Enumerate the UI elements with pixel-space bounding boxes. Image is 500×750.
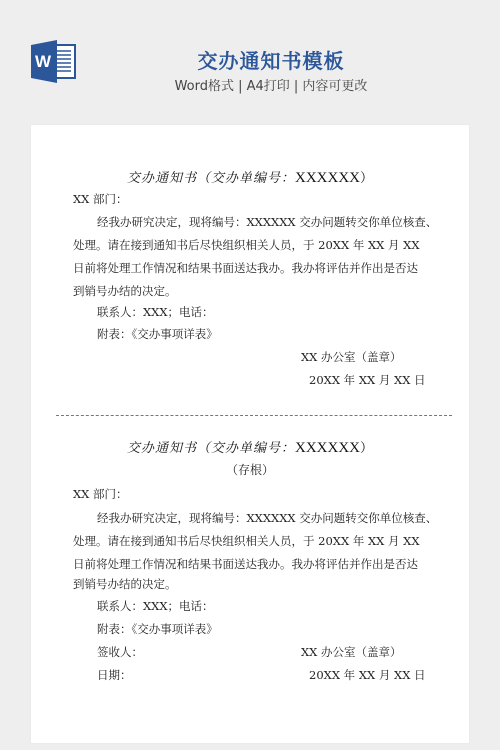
- template-title: 交办通知书模板: [0, 45, 500, 74]
- attachment-line: 附表：《交办事项详表》: [97, 621, 218, 637]
- notice-title-text: 交办通知书（交办单编号：: [127, 441, 295, 456]
- paragraph-line: 处理。请在接到通知书后尽快组织相关人员，于 20XX 年 XX 月 XX: [73, 533, 420, 549]
- notice-title: 交办通知书（交办单编号：XXXXXX）: [31, 169, 469, 188]
- document-page: 交办通知书（交办单编号：XXXXXX） XX 部门： 经我办研究决定，现将编号：…: [31, 125, 469, 743]
- recipient-department: XX 部门：: [73, 486, 128, 502]
- notice-code: XXXXXX: [295, 170, 360, 186]
- template-subtitle: Word格式 | A4打印 | 内容可更改: [0, 75, 500, 94]
- paragraph-line: 日前将处理工作情况和结果书面送达我办。我办将评估并作出是否达: [73, 556, 418, 572]
- paragraph-line: 经我办研究决定，现将编号：XXXXXX 交办问题转交你单位核查、: [97, 214, 437, 230]
- attachment-line: 附表：《交办事项详表》: [97, 326, 218, 342]
- recipient-department: XX 部门：: [73, 191, 128, 207]
- template-header: W 交办通知书模板 Word格式 | A4打印 | 内容可更改: [0, 0, 500, 125]
- issue-date: 20XX 年 XX 月 XX 日: [309, 667, 426, 683]
- notice-title-text: 交办通知书（交办单编号：: [127, 171, 295, 186]
- notice-title-close: ）: [360, 171, 373, 186]
- cut-line-divider: [56, 415, 452, 416]
- paragraph-line: 处理。请在接到通知书后尽快组织相关人员，于 20XX 年 XX 月 XX: [73, 237, 420, 253]
- date-label: 日期：: [97, 667, 132, 683]
- contact-line: 联系人：XXX；电话：: [97, 598, 214, 614]
- notice-code: XXXXXX: [295, 440, 360, 456]
- paragraph-line: 到销号办结的决定。: [73, 576, 177, 592]
- paragraph-line: 到销号办结的决定。: [73, 283, 177, 299]
- issue-date: 20XX 年 XX 月 XX 日: [309, 372, 426, 388]
- signee-label: 签收人：: [97, 644, 143, 660]
- stub-notice-title: 交办通知书（交办单编号：XXXXXX）: [31, 439, 469, 458]
- paragraph-line: 日前将处理工作情况和结果书面送达我办。我办将评估并作出是否达: [73, 260, 418, 276]
- paragraph-line: 经我办研究决定，现将编号：XXXXXX 交办问题转交你单位核查、: [97, 510, 437, 526]
- office-seal: XX 办公室（盖章）: [301, 644, 402, 660]
- office-seal: XX 办公室（盖章）: [301, 349, 402, 365]
- stub-label: （存根）: [31, 462, 469, 478]
- notice-title-close: ）: [360, 441, 373, 456]
- contact-line: 联系人：XXX；电话：: [97, 304, 214, 320]
